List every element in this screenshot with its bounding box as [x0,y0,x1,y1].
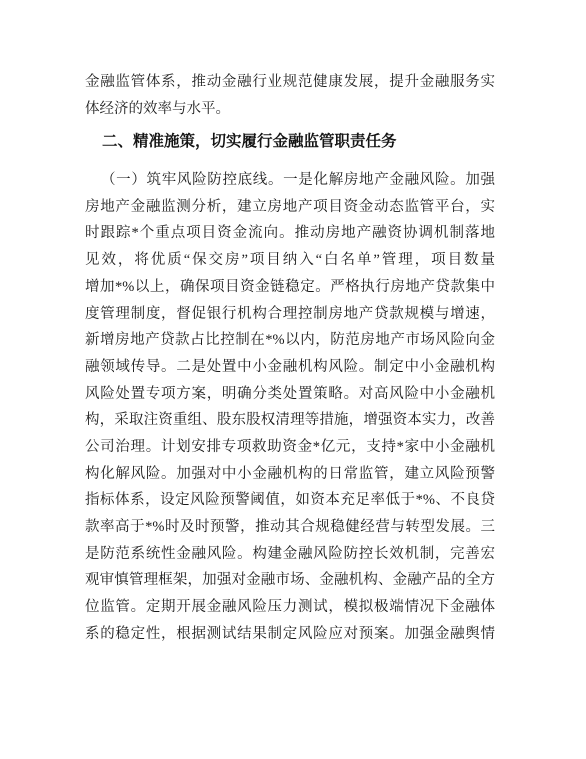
body-line: 时跟踪*个重点项目资金流向。推动房地产融资协调机制落地 [85,220,495,247]
body-line: 系的稳定性，根据测试结果制定风险应对预案。加强金融舆情 [85,621,495,648]
body-line: 构，采取注资重组、股东股权清理等措施，增强资本实力，改善 [85,407,495,434]
body-line: 风险处置专项方案，明确分类处置策略。对高风险中小金融机 [85,381,495,408]
document-page: 金融监管体系，推动金融行业规范健康发展，提升金融服务实 体经济的效率与水平。 二… [0,0,586,759]
body-line: 新增房地产贷款占比控制在*%以内，防范房地产市场风险向金 [85,327,495,354]
body-line: 是防范系统性金融风险。构建金融风险防控长效机制，完善宏 [85,541,495,568]
body-line: （一）筑牢风险防控底线。一是化解房地产金融风险。加强 [85,167,495,194]
intro-line: 体经济的效率与水平。 [85,96,495,123]
section-heading: 二、精准施策，切实履行金融监管职责任务 [85,129,495,156]
body-line: 款率高于*%时及时预警，推动其合规稳健经营与转型发展。三 [85,514,495,541]
body-line: 指标体系，设定风险预警阈值，如资本充足率低于*%、不良贷 [85,487,495,514]
intro-line: 金融监管体系，推动金融行业规范健康发展，提升金融服务实 [85,69,495,96]
body-line: 构化解风险。加强对中小金融机构的日常监管，建立风险预警 [85,461,495,488]
body-line: 观审慎管理框架，加强对金融市场、金融机构、金融产品的全方 [85,567,495,594]
body-line: 房地产金融监测分析，建立房地产项目资金动态监管平台，实 [85,194,495,221]
body-line: 公司治理。计划安排专项救助资金*亿元，支持*家中小金融机 [85,434,495,461]
document-text-block: 金融监管体系，推动金融行业规范健康发展，提升金融服务实 体经济的效率与水平。 二… [85,69,495,647]
body-line: 融领域传导。二是处置中小金融机构风险。制定中小金融机构 [85,354,495,381]
body-line: 见效，将优质“保交房”项目纳入“白名单”管理，项目数量 [85,247,495,274]
body-line: 度管理制度，督促银行机构合理控制房地产贷款规模与增速， [85,301,495,328]
body-line: 增加*%以上，确保项目资金链稳定。严格执行房地产贷款集中 [85,274,495,301]
body-line: 位监管。定期开展金融风险压力测试，模拟极端情况下金融体 [85,594,495,621]
